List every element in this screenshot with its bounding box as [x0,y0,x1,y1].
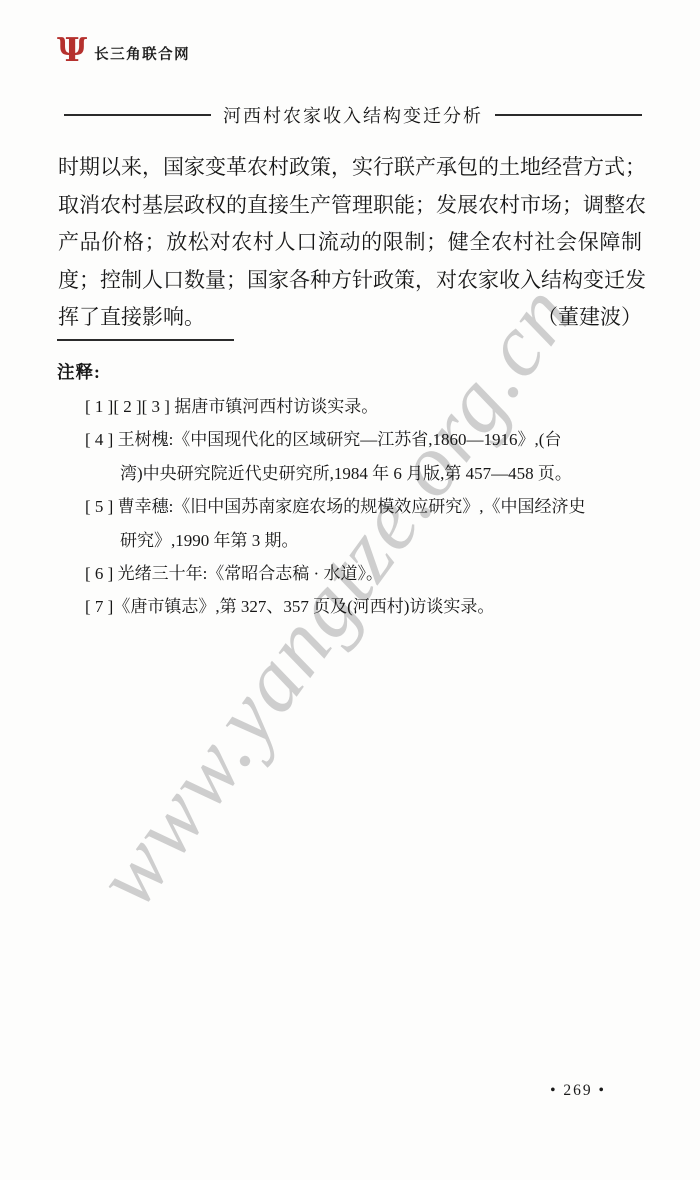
byline: （董建波） [537,299,642,337]
running-head-rule-right [495,114,642,116]
body-line: 时期以来，国家变革农村政策，实行联产承包的土地经营方式； [58,149,642,187]
note-line: [ 4 ] 王树槐:《中国现代化的区域研究—江苏省,1860—1916》,(台 [58,423,650,456]
notes-list: [ 1 ][ 2 ][ 3 ] 据唐市镇河西村访谈实录。 [ 4 ] 王树槐:《… [58,390,650,624]
brand-logo-icon: Ψ [57,33,87,66]
note-line: [ 1 ][ 2 ][ 3 ] 据唐市镇河西村访谈实录。 [58,390,650,423]
scanned-page: www.yangtze.org.cn Ψ 长三角联合网 河西村农家收入结构变迁分… [0,0,700,1180]
brand-header: Ψ 长三角联合网 [57,33,190,66]
body-line: 取消农村基层政权的直接生产管理职能；发展农村市场；调整农 [58,187,642,225]
notes-heading: 注释: [57,359,101,384]
note-line: [ 6 ] 光绪三十年:《常昭合志稿 · 水道》。 [58,557,650,590]
article-body: 时期以来，国家变革农村政策，实行联产承包的土地经营方式； 取消农村基层政权的直接… [58,149,642,337]
page-number: • 269 • [513,1082,643,1100]
body-line: 度；控制人口数量；国家各种方针政策，对农家收入结构变迁发 [58,262,642,300]
running-head-rule-left [64,114,211,116]
body-last-line: 挥了直接影响。 （董建波） [58,299,642,337]
body-line-text: 挥了直接影响。 [58,299,205,337]
body-line: 产品价格；放松对农村人口流动的限制；健全农村社会保障制 [58,224,642,262]
running-head: 河西村农家收入结构变迁分析 [64,102,642,128]
note-line-continuation: 研究》,1990 年第 3 期。 [58,524,650,557]
note-line: [ 7 ]《唐市镇志》,第 327、357 页及(河西村)访谈实录。 [58,590,650,623]
brand-name: 长三角联合网 [94,35,190,64]
note-line: [ 5 ] 曹幸穗:《旧中国苏南家庭农场的规模效应研究》,《中国经济史 [58,490,650,523]
footnote-divider [57,339,234,341]
note-line-continuation: 湾)中央研究院近代史研究所,1984 年 6 月版,第 457—458 页。 [58,457,650,490]
page-title: 河西村农家收入结构变迁分析 [223,102,483,128]
